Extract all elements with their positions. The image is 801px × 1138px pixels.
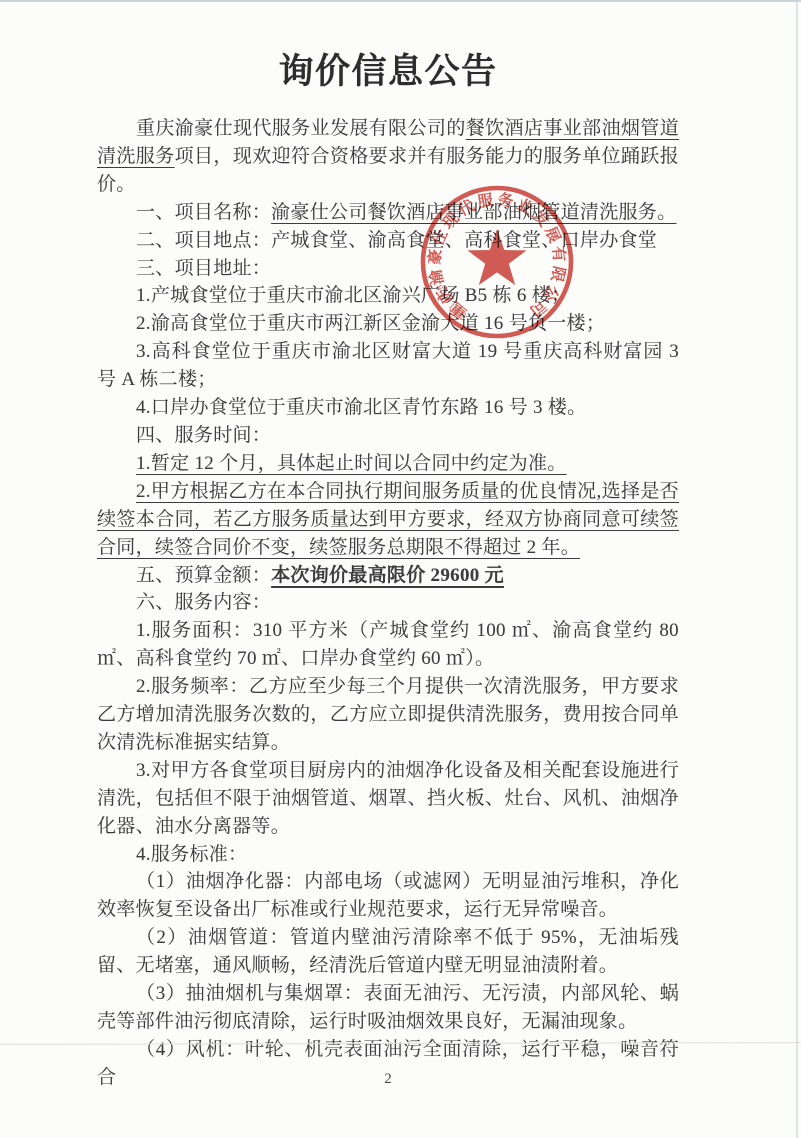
document-body: 重庆渝豪仕现代服务业发展有限公司的餐饮酒店事业部油烟管道清洗服务项目，现欢迎符合… [97,115,679,1092]
paragraph-16: 3.对甲方各食堂项目厨房内的油烟净化设备及相关配套设施进行清洗，包括但不限于油烟… [97,757,679,841]
page-number: 2 [97,1071,679,1088]
text-run: 重庆渝豪仕现代服务业发展有限公司的 [136,118,466,139]
text-run: 3.对甲方各食堂项目厨房内的油烟净化设备及相关配套设施进行清洗，包括但不限于油烟… [97,760,679,837]
seal-star-icon [468,229,527,285]
underlined-text: 1.暂定 12 个月，具体起止时间以合同中约定为准。 [136,453,567,474]
text-run: 4.口岸办食堂位于重庆市渝北区青竹东路 16 号 3 楼。 [136,397,586,418]
text-run: 六、服务内容： [136,592,271,613]
scanned-document-page: 询价信息公告 重庆渝豪仕现代服务业发展有限公司的餐饮酒店事业部油烟管道清洗服务项… [0,0,801,1138]
paragraph-3: 二、项目地点：产城食堂、渝高食堂、高科食堂、口岸办食堂 [97,227,679,255]
text-run: 五、预算金额： [136,565,271,586]
paragraph-10: 1.暂定 12 个月，具体起止时间以合同中约定为准。 [97,450,679,478]
text-run: 2.服务频率：乙方应至少每三个月提供一次清洗服务，甲方要求乙方增加清洗服务次数的… [97,676,679,753]
paragraph-11: 2.甲方根据乙方在本合同执行期间服务质量的优良情况,选择是否续签本合同，若乙方服… [97,478,679,562]
text-run: 二、项目地点：产城食堂、渝高食堂、高科食堂、口岸办食堂 [136,230,657,251]
document-title: 询价信息公告 [97,50,679,94]
paragraph-2: 一、项目名称：渝豪仕公司餐饮酒店事业部油烟管道清洗服务。 [97,199,679,227]
paragraph-7: 3.高科食堂位于重庆市渝北区财富大道 19 号重庆高科财富园 3 号 A 栋二楼… [97,338,679,394]
text-run: 四、服务时间： [136,425,271,446]
paragraph-13: 六、服务内容： [97,589,679,617]
paragraph-9: 四、服务时间： [97,422,679,450]
paragraph-15: 2.服务频率：乙方应至少每三个月提供一次清洗服务，甲方要求乙方增加清洗服务次数的… [97,673,679,757]
document-content: 询价信息公告 重庆渝豪仕现代服务业发展有限公司的餐饮酒店事业部油烟管道清洗服务项… [97,50,679,1092]
paragraph-12: 五、预算金额：本次询价最高限价 29600 元 [97,562,679,590]
text-run: 3.高科食堂位于重庆市渝北区财富大道 19 号重庆高科财富园 3 号 A 栋二楼… [97,341,679,390]
paragraph-19: （2）油烟管道：管道内壁油污清除率不低于 95%，无油垢残留、无堵塞，通风顺畅，… [97,924,679,980]
paragraph-4: 三、项目地址： [97,255,679,283]
paragraph-17: 4.服务标准： [97,841,679,869]
paragraph-1: 重庆渝豪仕现代服务业发展有限公司的餐饮酒店事业部油烟管道清洗服务项目，现欢迎符合… [97,115,679,199]
text-run: 一、项目名称： [136,202,271,223]
text-run: （2）油烟管道：管道内壁油污清除率不低于 95%，无油垢残留、无堵塞，通风顺畅，… [97,927,679,976]
text-run: 项目，现欢迎符合资格要求并有服务能力的服务单位踊跃报价。 [97,146,679,195]
text-run: 三、项目地址： [136,258,271,279]
paragraph-18: （1）油烟净化器：内部电场（或滤网）无明显油污堆积，净化效率恢复至设备出厂标准或… [97,868,679,924]
paragraph-6: 2.渝高食堂位于重庆市两江新区金渝大道 16 号负一楼； [97,310,679,338]
paragraph-14: 1.服务面积：310 平方米（产城食堂约 100 ㎡、渝高食堂约 80 ㎡、高科… [97,617,679,673]
budget-limit-text: 本次询价最高限价 29600 元 [271,565,504,586]
paragraph-20: （3）抽油烟机与集烟罩：表面无油污、无污渍，内部风轮、蜗壳等部件油污彻底清除，运… [97,980,679,1036]
paragraph-5: 1.产城食堂位于重庆市渝北区渝兴广场 B5 栋 6 楼； [97,282,679,310]
text-run: （1）油烟净化器：内部电场（或滤网）无明显油污堆积，净化效率恢复至设备出厂标准或… [97,871,679,920]
scan-edge-right [796,2,798,1138]
text-run: 4.服务标准： [136,844,247,865]
underlined-text: 2.甲方根据乙方在本合同执行期间服务质量的优良情况,选择是否续签本合同，若乙方服… [97,481,679,558]
paragraph-8: 4.口岸办食堂位于重庆市渝北区青竹东路 16 号 3 楼。 [97,394,679,422]
scan-edge-top [0,0,801,2]
text-run: 1.服务面积：310 平方米（产城食堂约 100 ㎡、渝高食堂约 80 ㎡、高科… [97,620,679,669]
text-run: （3）抽油烟机与集烟罩：表面无油污、无污渍，内部风轮、蜗壳等部件油污彻底清除，运… [97,983,679,1032]
company-seal-stamp: 重庆渝豪仕现代服务业发展有限公司 10810188 [417,182,577,342]
